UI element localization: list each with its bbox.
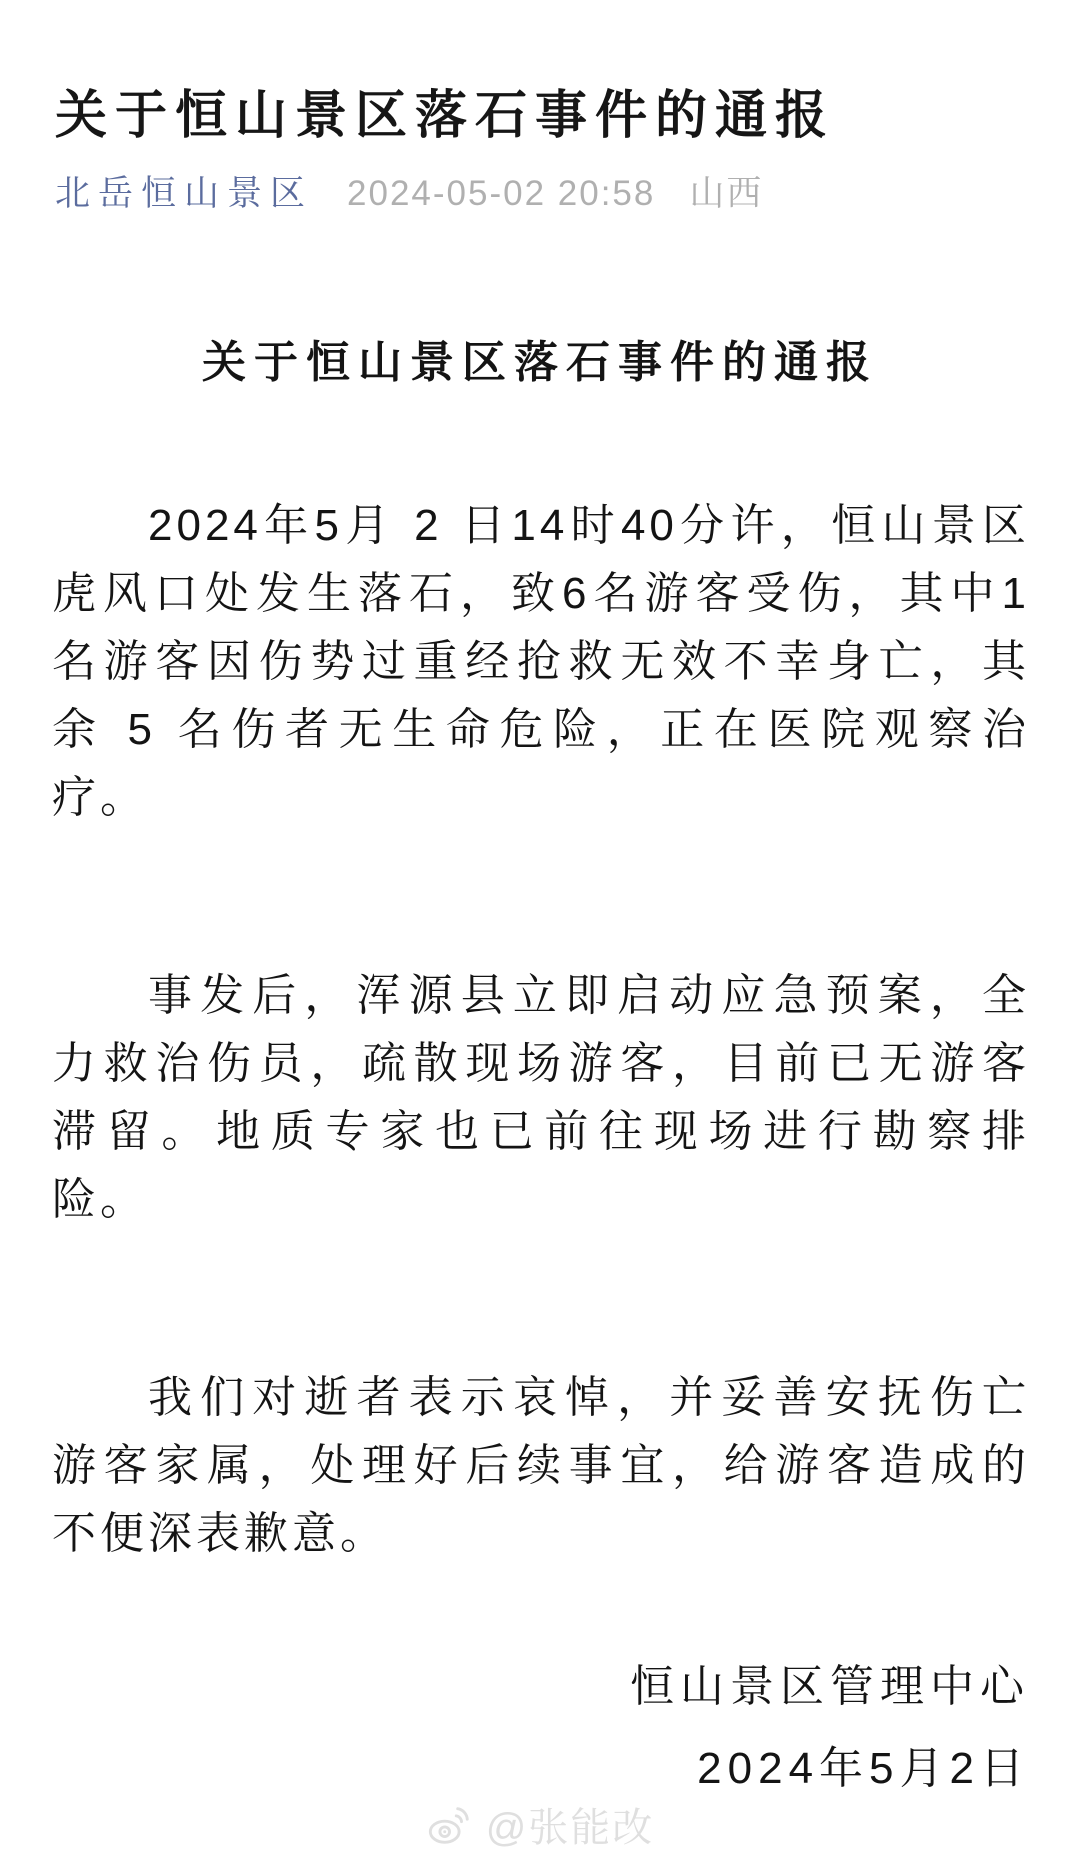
author-link[interactable]: 北岳恒山景区 xyxy=(55,172,313,216)
watermark-handle: @张能改 xyxy=(486,1796,655,1853)
paragraph-line: 游客家属，处理好后续事宜，给游客造成的 xyxy=(52,1432,1030,1500)
paragraph-line: 力救治伤员，疏散现场游客，目前已无游客 xyxy=(52,1030,1030,1098)
paragraph-line: 余 5 名伤者无生命危险，正在医院观察治 xyxy=(52,696,1030,764)
paragraph: 2024年5月 2 日14时40分许，恒山景区 虎风口处发生落石，致6名游客受伤… xyxy=(52,492,1030,832)
paragraph-line: 疗。 xyxy=(52,764,1030,832)
paragraph-line: 险。 xyxy=(52,1166,1030,1234)
article-body: 2024年5月 2 日14时40分许，恒山景区 虎风口处发生落石，致6名游客受伤… xyxy=(52,492,1030,1568)
page-title: 关于恒山景区落石事件的通报 xyxy=(55,81,1030,151)
paragraph: 我们对逝者表示哀悼，并妥善安抚伤亡 游客家属，处理好后续事宜，给游客造成的 不便… xyxy=(52,1364,1030,1568)
publish-timestamp: 2024-05-02 20:58 xyxy=(347,172,655,216)
byline: 北岳恒山景区 2024-05-02 20:58 山西 xyxy=(55,172,1030,216)
paragraph-line: 我们对逝者表示哀悼，并妥善安抚伤亡 xyxy=(52,1364,1030,1432)
paragraph-line: 虎风口处发生落石，致6名游客受伤，其中1 xyxy=(52,560,1030,628)
paragraph: 事发后，浑源县立即启动应急预案，全 力救治伤员，疏散现场游客，目前已无游客 滞留… xyxy=(52,962,1030,1234)
publish-region: 山西 xyxy=(689,172,763,216)
signature-block: 恒山景区管理中心 2024年5月2日 xyxy=(52,1646,1030,1810)
paragraph-line: 滞留。地质专家也已前往现场进行勘察排 xyxy=(52,1098,1030,1166)
watermark: @张能改 xyxy=(0,1796,1080,1853)
article-heading: 关于恒山景区落石事件的通报 xyxy=(0,334,1080,391)
weibo-icon xyxy=(426,1801,474,1849)
paragraph-line: 事发后，浑源县立即启动应急预案，全 xyxy=(52,962,1030,1030)
paragraph-line: 不便深表歉意。 xyxy=(52,1500,1030,1568)
paragraph-line: 名游客因伤势过重经抢救无效不幸身亡，其 xyxy=(52,628,1030,696)
signature-org: 恒山景区管理中心 xyxy=(52,1646,1030,1728)
paragraph-line: 2024年5月 2 日14时40分许，恒山景区 xyxy=(52,492,1030,560)
